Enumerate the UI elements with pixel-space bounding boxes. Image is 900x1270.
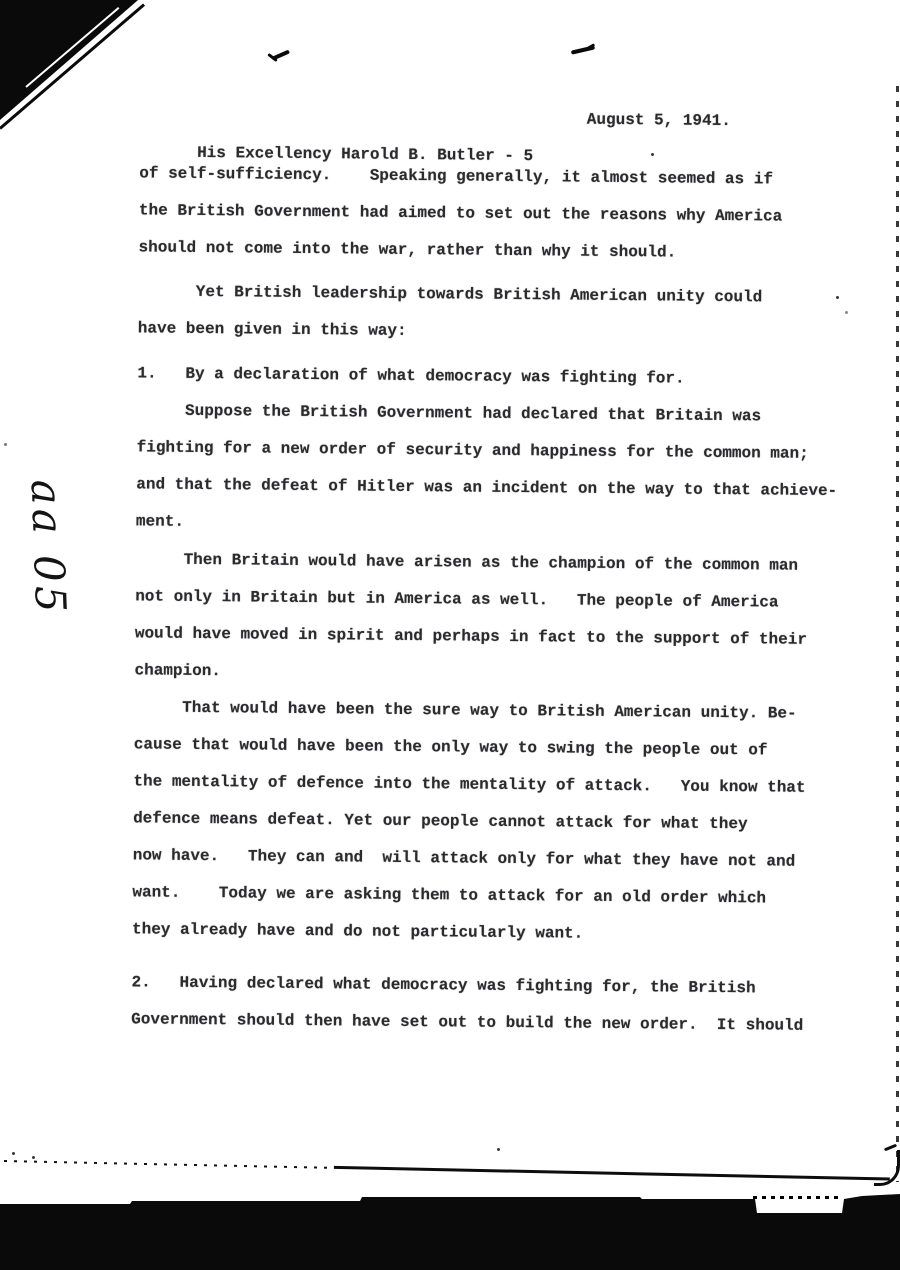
scan-speck <box>4 443 7 446</box>
scan-bottom-line-artifact <box>4 1159 890 1181</box>
typed-document-body: His Excellency Harold B. Butler - 5 Augu… <box>131 97 830 1045</box>
paragraph: Then Britain would have arisen as the ch… <box>134 541 825 696</box>
typewritten-line: would have moved in spirit and perhaps i… <box>135 615 825 659</box>
scan-speck <box>12 1152 15 1155</box>
header-date: August 5, 1941. <box>587 102 731 140</box>
typewritten-line: should not come into the war, rather tha… <box>138 229 828 273</box>
paragraphs-container: of self-sufficiency. Speaking generally,… <box>131 155 829 1045</box>
ink-mark-right <box>569 43 597 57</box>
paragraph: 2. Having declared what democracy was fi… <box>131 964 822 1045</box>
scan-speck <box>497 1148 500 1151</box>
typewritten-line: they already have and do not particularl… <box>132 911 822 955</box>
scanned-letter-page: aa 05 His Excellency Harold B. Butler - … <box>0 0 900 1270</box>
header-addressee: His Excellency Harold B. Butler - 5 <box>197 144 533 165</box>
scan-edge-dashes-artifact <box>896 86 899 1182</box>
typewritten-line: ment. <box>136 503 826 547</box>
ink-mark-left <box>266 47 294 65</box>
typewritten-line: Government should then have set out to b… <box>131 1001 821 1045</box>
scan-speck <box>651 153 654 156</box>
document-header: His Excellency Harold B. Butler - 5 Augu… <box>140 97 830 141</box>
typewritten-line: and that the defeat of Hitler was an inc… <box>136 466 826 510</box>
paragraph: Suppose the British Government had decla… <box>136 392 827 547</box>
handwritten-margin-note: aa 05 <box>18 472 75 624</box>
paragraph: That would have been the sure way to Bri… <box>132 689 824 955</box>
typewritten-line: have been given in this way: <box>138 310 828 354</box>
paragraph: Yet British leadership towards British A… <box>138 273 829 354</box>
scan-band-speckle-artifact <box>753 1196 839 1199</box>
scan-speck <box>836 296 839 299</box>
scan-speck <box>845 311 848 314</box>
scan-bottom-band-artifact <box>0 1192 900 1270</box>
scan-speck <box>32 1156 35 1159</box>
scan-corner-fold-artifact <box>0 0 138 120</box>
scan-line-dotted-segment <box>4 1160 334 1169</box>
scan-line-solid-segment <box>334 1166 890 1181</box>
